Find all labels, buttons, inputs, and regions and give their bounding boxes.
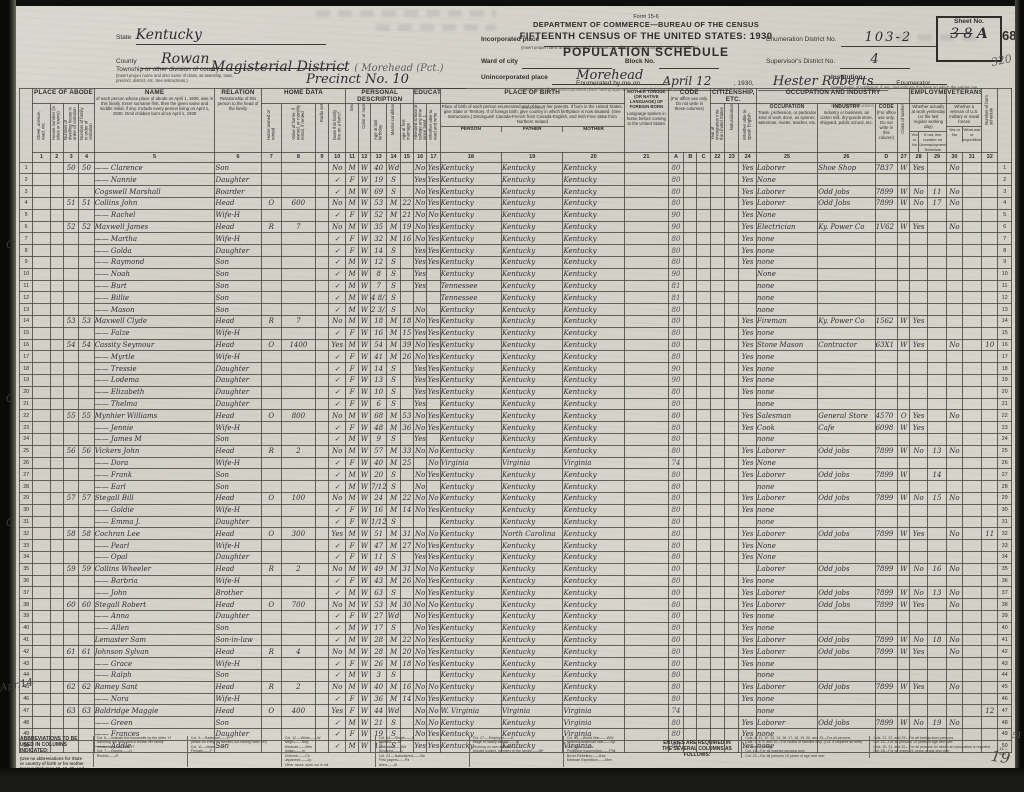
cell-rad bbox=[315, 469, 328, 481]
cell-vet: No bbox=[947, 646, 962, 658]
cell-dw bbox=[63, 257, 78, 269]
cell-cw: W bbox=[898, 493, 910, 505]
cell-rw: Yes bbox=[427, 622, 440, 634]
cell-ms: S bbox=[387, 363, 400, 375]
cell-mb: Kentucky bbox=[563, 233, 624, 245]
cell-oc bbox=[875, 209, 898, 221]
cell-mt bbox=[624, 575, 668, 587]
cell-age: 35 bbox=[371, 221, 387, 233]
cell-sex: M bbox=[346, 304, 358, 316]
cell-oc bbox=[875, 575, 898, 587]
cell-cc bbox=[697, 292, 710, 304]
cell-vet: No bbox=[947, 563, 962, 575]
cell-hn bbox=[50, 646, 63, 658]
cell-war bbox=[962, 316, 981, 328]
cell-hn bbox=[50, 528, 63, 540]
margin-mark: C bbox=[6, 392, 14, 405]
cell-occ: none bbox=[756, 504, 817, 516]
cell-dw bbox=[63, 469, 78, 481]
cell-farm: Yes bbox=[329, 705, 346, 717]
cell-war bbox=[962, 198, 981, 210]
abbreviation-block: Col. 9.—Radio set——R (Make no entry for … bbox=[187, 736, 277, 767]
cell-rad bbox=[315, 622, 328, 634]
column-number: 7 bbox=[261, 152, 281, 162]
cell-yi bbox=[710, 634, 724, 646]
cell-en bbox=[739, 292, 756, 304]
cell-emp bbox=[910, 280, 927, 292]
cell-sch: No bbox=[414, 351, 427, 363]
census-page: State Kentucky County Rowan Township or … bbox=[16, 6, 1015, 768]
cell-vet bbox=[947, 233, 962, 245]
cell-war bbox=[962, 245, 981, 257]
cell-rw: Yes bbox=[427, 386, 440, 398]
cell-own bbox=[261, 186, 281, 198]
cell-age: 12 bbox=[371, 257, 387, 269]
table-row: 295757Stegall BillHeadO100NoMW24M22NoNoK… bbox=[20, 493, 1012, 505]
group-place-of-abode: PLACE OF ABODE bbox=[33, 89, 94, 104]
cell-hn bbox=[50, 233, 63, 245]
cell-ms: Wd bbox=[387, 705, 400, 717]
cell-own: O bbox=[261, 705, 281, 717]
cell-emp bbox=[910, 669, 927, 681]
cell-cw bbox=[898, 174, 910, 186]
cell-occ: Laborer bbox=[756, 587, 817, 599]
cell-age: 6 bbox=[371, 398, 387, 410]
column-number: 24 bbox=[739, 152, 756, 162]
cell-cb bbox=[684, 434, 697, 446]
cell-oc bbox=[875, 669, 898, 681]
cell-am: 16 bbox=[400, 233, 413, 245]
cell-ms: M bbox=[387, 540, 400, 552]
cell-ms: S bbox=[387, 280, 400, 292]
cell-age: 40 bbox=[371, 162, 387, 174]
cell-val: 1400 bbox=[281, 339, 315, 351]
cell-ca: 80 bbox=[668, 610, 683, 622]
cell-yi bbox=[710, 221, 724, 233]
cell-emp: No bbox=[910, 634, 927, 646]
cell-war bbox=[962, 493, 981, 505]
cell-eno bbox=[927, 304, 946, 316]
group-home-data: HOME DATA bbox=[261, 89, 346, 104]
cell-occ: Laborer bbox=[756, 445, 817, 457]
table-row: 33—— PearlWife-H✓FW47M27NoYesKentuckyKen… bbox=[20, 540, 1012, 552]
cell-cr: W bbox=[358, 717, 370, 729]
cell-dw bbox=[63, 363, 78, 375]
cell-cr: W bbox=[358, 469, 370, 481]
cell-dw bbox=[63, 516, 78, 528]
line-number: 27 bbox=[20, 469, 33, 481]
column-number: 29 bbox=[927, 152, 946, 162]
cell-val bbox=[281, 658, 315, 670]
cell-rw: No bbox=[427, 717, 440, 729]
cell-sch: Yes bbox=[414, 327, 427, 339]
cell-emp bbox=[910, 174, 927, 186]
cell-en: Yes bbox=[739, 469, 756, 481]
cell-fb: Kentucky bbox=[502, 375, 563, 387]
cell-cr: W bbox=[358, 681, 370, 693]
cell-fs: 10 bbox=[982, 339, 998, 351]
col-radio-set: Radio set bbox=[315, 104, 328, 153]
cell-fb: Kentucky bbox=[502, 658, 563, 670]
cell-mb: Kentucky bbox=[563, 422, 624, 434]
cell-am: 27 bbox=[400, 540, 413, 552]
cell-yi bbox=[710, 398, 724, 410]
cell-ind: Odd jobs bbox=[818, 493, 875, 505]
cell-am bbox=[400, 257, 413, 269]
cell-name: Vickers John bbox=[94, 445, 215, 457]
col-farm-schedule: Number of farm schedule bbox=[982, 89, 998, 153]
cell-ind bbox=[818, 481, 875, 493]
cell-cw bbox=[898, 705, 910, 717]
cell-eno bbox=[927, 245, 946, 257]
cell-ms: S bbox=[387, 516, 400, 528]
column-number: 32 bbox=[982, 152, 998, 162]
cell-vet: No bbox=[947, 162, 962, 174]
cell-oc: 7837 bbox=[875, 162, 898, 174]
cell-cw: O bbox=[898, 410, 910, 422]
cell-oc: 1V62 bbox=[875, 221, 898, 233]
cell-bp: Kentucky bbox=[440, 563, 501, 575]
cell-nat bbox=[725, 646, 739, 658]
cell-st bbox=[33, 410, 50, 422]
cell-st bbox=[33, 610, 50, 622]
cell-yi bbox=[710, 434, 724, 446]
cell-sch: No bbox=[414, 493, 427, 505]
cell-ms: M bbox=[387, 493, 400, 505]
line-number: 22 bbox=[998, 410, 1012, 422]
cell-cw bbox=[898, 375, 910, 387]
cell-rw: Yes bbox=[427, 375, 440, 387]
cell-sch: No bbox=[414, 658, 427, 670]
cell-cc bbox=[697, 221, 710, 233]
cell-cw: W bbox=[898, 221, 910, 233]
cell-bp: Kentucky bbox=[440, 504, 501, 516]
cell-nat bbox=[725, 162, 739, 174]
cell-cc bbox=[697, 233, 710, 245]
cell-rel: Wife-H bbox=[215, 575, 261, 587]
cell-fb: Kentucky bbox=[502, 575, 563, 587]
cell-cc bbox=[697, 327, 710, 339]
cell-fb: Kentucky bbox=[502, 257, 563, 269]
cell-mt bbox=[624, 257, 668, 269]
cell-age: 36 bbox=[371, 693, 387, 705]
cell-farm: ✓ bbox=[329, 717, 346, 729]
cell-cc bbox=[697, 375, 710, 387]
cell-ms: M bbox=[387, 599, 400, 611]
cell-dw bbox=[63, 327, 78, 339]
cell-val bbox=[281, 693, 315, 705]
cell-fm bbox=[79, 587, 94, 599]
col-dwelling-number: Number of dwelling house in order of vis… bbox=[63, 104, 78, 153]
cell-hn bbox=[50, 717, 63, 729]
sheet-label: Sheet No. bbox=[938, 18, 1000, 25]
cell-ms: M bbox=[387, 575, 400, 587]
column-number: 22 bbox=[710, 152, 724, 162]
cell-vet bbox=[947, 457, 962, 469]
cell-oc bbox=[875, 658, 898, 670]
cell-cb bbox=[684, 563, 697, 575]
cell-hn bbox=[50, 209, 63, 221]
cell-rel: Head bbox=[215, 316, 261, 328]
cell-mb: Kentucky bbox=[563, 493, 624, 505]
cell-vet bbox=[947, 398, 962, 410]
cell-mt bbox=[624, 599, 668, 611]
sheet-letter: A bbox=[977, 26, 988, 42]
cell-ind bbox=[818, 551, 875, 563]
cell-cc bbox=[697, 610, 710, 622]
cell-age: 63 bbox=[371, 587, 387, 599]
cell-name: —— Myrtle bbox=[94, 351, 215, 363]
cell-nat bbox=[725, 516, 739, 528]
cell-yi bbox=[710, 705, 724, 717]
cell-rw: Yes bbox=[427, 587, 440, 599]
cell-ca: 90 bbox=[668, 363, 683, 375]
schedule-title: POPULATION SCHEDULE bbox=[491, 45, 801, 59]
cell-own bbox=[261, 398, 281, 410]
block-label: Block No. bbox=[625, 58, 655, 65]
cell-cb bbox=[684, 174, 697, 186]
cell-am bbox=[400, 516, 413, 528]
cell-st bbox=[33, 658, 50, 670]
cell-rel: Son bbox=[215, 669, 261, 681]
census-table: PLACE OF ABODE NAME of each person whose… bbox=[19, 88, 1012, 753]
cell-mt bbox=[624, 327, 668, 339]
cell-fs bbox=[982, 221, 998, 233]
cell-age: 53 bbox=[371, 599, 387, 611]
cell-war bbox=[962, 339, 981, 351]
line-number: 48 bbox=[998, 717, 1012, 729]
cell-mb: Kentucky bbox=[563, 386, 624, 398]
cell-nat bbox=[725, 422, 739, 434]
cell-cc bbox=[697, 481, 710, 493]
cell-nat bbox=[725, 280, 739, 292]
cell-dw: 54 bbox=[63, 339, 78, 351]
cell-vet bbox=[947, 434, 962, 446]
cell-own bbox=[261, 434, 281, 446]
cell-hn bbox=[50, 268, 63, 280]
subcol-vet-yesno: Yes or No bbox=[947, 126, 962, 142]
cell-rel: Son bbox=[215, 469, 261, 481]
table-row: 355959Collins WheelerHeadR2NoMW49M31NoNo… bbox=[20, 563, 1012, 575]
cell-emp bbox=[910, 551, 927, 563]
cell-nat bbox=[725, 245, 739, 257]
cell-fm bbox=[79, 693, 94, 705]
cell-oc bbox=[875, 351, 898, 363]
cell-nat bbox=[725, 304, 739, 316]
cell-nat bbox=[725, 233, 739, 245]
cell-mt bbox=[624, 693, 668, 705]
cell-cb bbox=[684, 351, 697, 363]
cell-bp: Kentucky bbox=[440, 493, 501, 505]
cell-en: Yes bbox=[739, 174, 756, 186]
cell-fm: 60 bbox=[79, 599, 94, 611]
cell-cc bbox=[697, 339, 710, 351]
cell-eno: 16 bbox=[927, 563, 946, 575]
cell-rw: No bbox=[427, 457, 440, 469]
line-number: 1 bbox=[998, 162, 1012, 174]
cell-bp: Kentucky bbox=[440, 693, 501, 705]
cell-age: 57 bbox=[371, 445, 387, 457]
cell-age: 14 bbox=[371, 363, 387, 375]
cell-vet bbox=[947, 257, 962, 269]
cell-own bbox=[261, 209, 281, 221]
line-number: 6 bbox=[998, 221, 1012, 233]
group-code: CODE (For office use only. Do not write … bbox=[668, 89, 710, 153]
cell-oc: 7899 bbox=[875, 646, 898, 658]
cell-cb bbox=[684, 162, 697, 174]
cell-ind bbox=[818, 363, 875, 375]
line-number: 25 bbox=[998, 445, 1012, 457]
cell-rel: Son bbox=[215, 268, 261, 280]
cell-war bbox=[962, 280, 981, 292]
cell-cr: W bbox=[358, 304, 370, 316]
cell-war bbox=[962, 481, 981, 493]
cell-name: —— Ralph bbox=[94, 669, 215, 681]
cell-sex: F bbox=[346, 575, 358, 587]
cell-rel: Wife-H bbox=[215, 693, 261, 705]
cell-cb bbox=[684, 280, 697, 292]
cell-occ: none bbox=[756, 245, 817, 257]
cell-hn bbox=[50, 398, 63, 410]
line-number: 42 bbox=[20, 646, 33, 658]
enumerator-suffix: , Enumerator. bbox=[893, 80, 932, 87]
cell-hn bbox=[50, 375, 63, 387]
cell-bp: Kentucky bbox=[440, 363, 501, 375]
cell-name: —— Earl bbox=[94, 481, 215, 493]
cell-rw: Yes bbox=[427, 162, 440, 174]
enumerator-name: Hester Roberts bbox=[773, 74, 874, 89]
cell-occ: none bbox=[756, 292, 817, 304]
cell-own: R bbox=[261, 681, 281, 693]
cell-vet: No bbox=[947, 410, 962, 422]
cell-age: 13 bbox=[371, 375, 387, 387]
cell-cr: W bbox=[358, 528, 370, 540]
cell-age: 20 bbox=[371, 469, 387, 481]
cell-fs bbox=[982, 717, 998, 729]
cell-own bbox=[261, 257, 281, 269]
cell-st bbox=[33, 587, 50, 599]
col-family-number: Number of family in order of visitation bbox=[79, 104, 94, 153]
cell-fm: 50 bbox=[79, 162, 94, 174]
cell-oc: 7899 bbox=[875, 186, 898, 198]
cell-rel: Son bbox=[215, 434, 261, 446]
cell-cb bbox=[684, 634, 697, 646]
line-number: 3 bbox=[998, 186, 1012, 198]
cell-own bbox=[261, 363, 281, 375]
cell-cc bbox=[697, 646, 710, 658]
cell-rad bbox=[315, 669, 328, 681]
cell-fb: Kentucky bbox=[502, 445, 563, 457]
cell-emp bbox=[910, 209, 927, 221]
cell-cc bbox=[697, 599, 710, 611]
cell-en bbox=[739, 481, 756, 493]
cell-own bbox=[261, 457, 281, 469]
cell-en: Yes bbox=[739, 717, 756, 729]
cell-age: 7 bbox=[371, 280, 387, 292]
cell-mb: Kentucky bbox=[563, 693, 624, 705]
cell-occ: none bbox=[756, 575, 817, 587]
cell-war bbox=[962, 705, 981, 717]
cell-rel: Daughter bbox=[215, 551, 261, 563]
cell-oc bbox=[875, 516, 898, 528]
cell-vet: No bbox=[947, 493, 962, 505]
cell-occ: none bbox=[756, 398, 817, 410]
col-naturalization: Naturalization bbox=[725, 104, 739, 153]
cell-rw: Yes bbox=[427, 540, 440, 552]
cell-cr: W bbox=[358, 221, 370, 233]
cell-fm: 57 bbox=[79, 493, 94, 505]
cell-name: —— Dora bbox=[94, 457, 215, 469]
cell-ind: Odd jobs bbox=[818, 528, 875, 540]
cell-emp: No bbox=[910, 198, 927, 210]
cell-val bbox=[281, 257, 315, 269]
cell-oc bbox=[875, 504, 898, 516]
cell-mb: Kentucky bbox=[563, 681, 624, 693]
cell-ms: S bbox=[387, 669, 400, 681]
cell-bp: Kentucky bbox=[440, 375, 501, 387]
cell-dw bbox=[63, 622, 78, 634]
cell-vet: No bbox=[947, 634, 962, 646]
cell-ms: S bbox=[387, 174, 400, 186]
cell-cc bbox=[697, 422, 710, 434]
line-number: 43 bbox=[998, 658, 1012, 670]
cell-fs bbox=[982, 257, 998, 269]
cell-fb: Kentucky bbox=[502, 351, 563, 363]
cell-fb: Kentucky bbox=[502, 174, 563, 186]
cell-cr: W bbox=[358, 622, 370, 634]
cell-nat bbox=[725, 257, 739, 269]
cell-rw: No bbox=[427, 705, 440, 717]
line-number: 14 bbox=[20, 316, 33, 328]
cell-cc bbox=[697, 457, 710, 469]
cell-cr: W bbox=[358, 422, 370, 434]
sup-district-field: Supervisor's District No. 4 bbox=[766, 50, 910, 69]
cell-rad bbox=[315, 198, 328, 210]
cell-vet bbox=[947, 304, 962, 316]
cell-ind bbox=[818, 575, 875, 587]
cell-farm: No bbox=[329, 410, 346, 422]
cell-am: 15 bbox=[400, 327, 413, 339]
cell-bp: Kentucky bbox=[440, 528, 501, 540]
cell-mt bbox=[624, 186, 668, 198]
cell-name: —— Rachel bbox=[94, 209, 215, 221]
cell-am bbox=[400, 245, 413, 257]
cell-name: —— Golda bbox=[94, 245, 215, 257]
cell-cr: W bbox=[358, 693, 370, 705]
cell-farm: ✓ bbox=[329, 434, 346, 446]
cell-ms: S bbox=[387, 268, 400, 280]
cell-fb: Kentucky bbox=[502, 504, 563, 516]
cell-eno bbox=[927, 209, 946, 221]
cell-ind bbox=[818, 658, 875, 670]
birth-desc-cell: Place of birth of each person enumerated… bbox=[440, 104, 624, 153]
cell-hn bbox=[50, 363, 63, 375]
column-number-row: 123456789101112131415161718192021ABC2223… bbox=[20, 152, 1012, 162]
cell-farm: ✓ bbox=[329, 693, 346, 705]
cell-sex: M bbox=[346, 316, 358, 328]
cell-fb: Kentucky bbox=[502, 622, 563, 634]
cell-fb: Kentucky bbox=[502, 221, 563, 233]
cell-occ: none bbox=[756, 280, 817, 292]
cell-dw bbox=[63, 422, 78, 434]
cell-fm bbox=[79, 540, 94, 552]
cell-cw bbox=[898, 209, 910, 221]
cell-fb: Kentucky bbox=[502, 316, 563, 328]
cell-fm bbox=[79, 551, 94, 563]
cell-eno bbox=[927, 434, 946, 446]
col-class-of-worker: Class of worker bbox=[898, 104, 910, 153]
col-occupation: OCCUPATION Trade, profession, or particu… bbox=[756, 104, 817, 153]
